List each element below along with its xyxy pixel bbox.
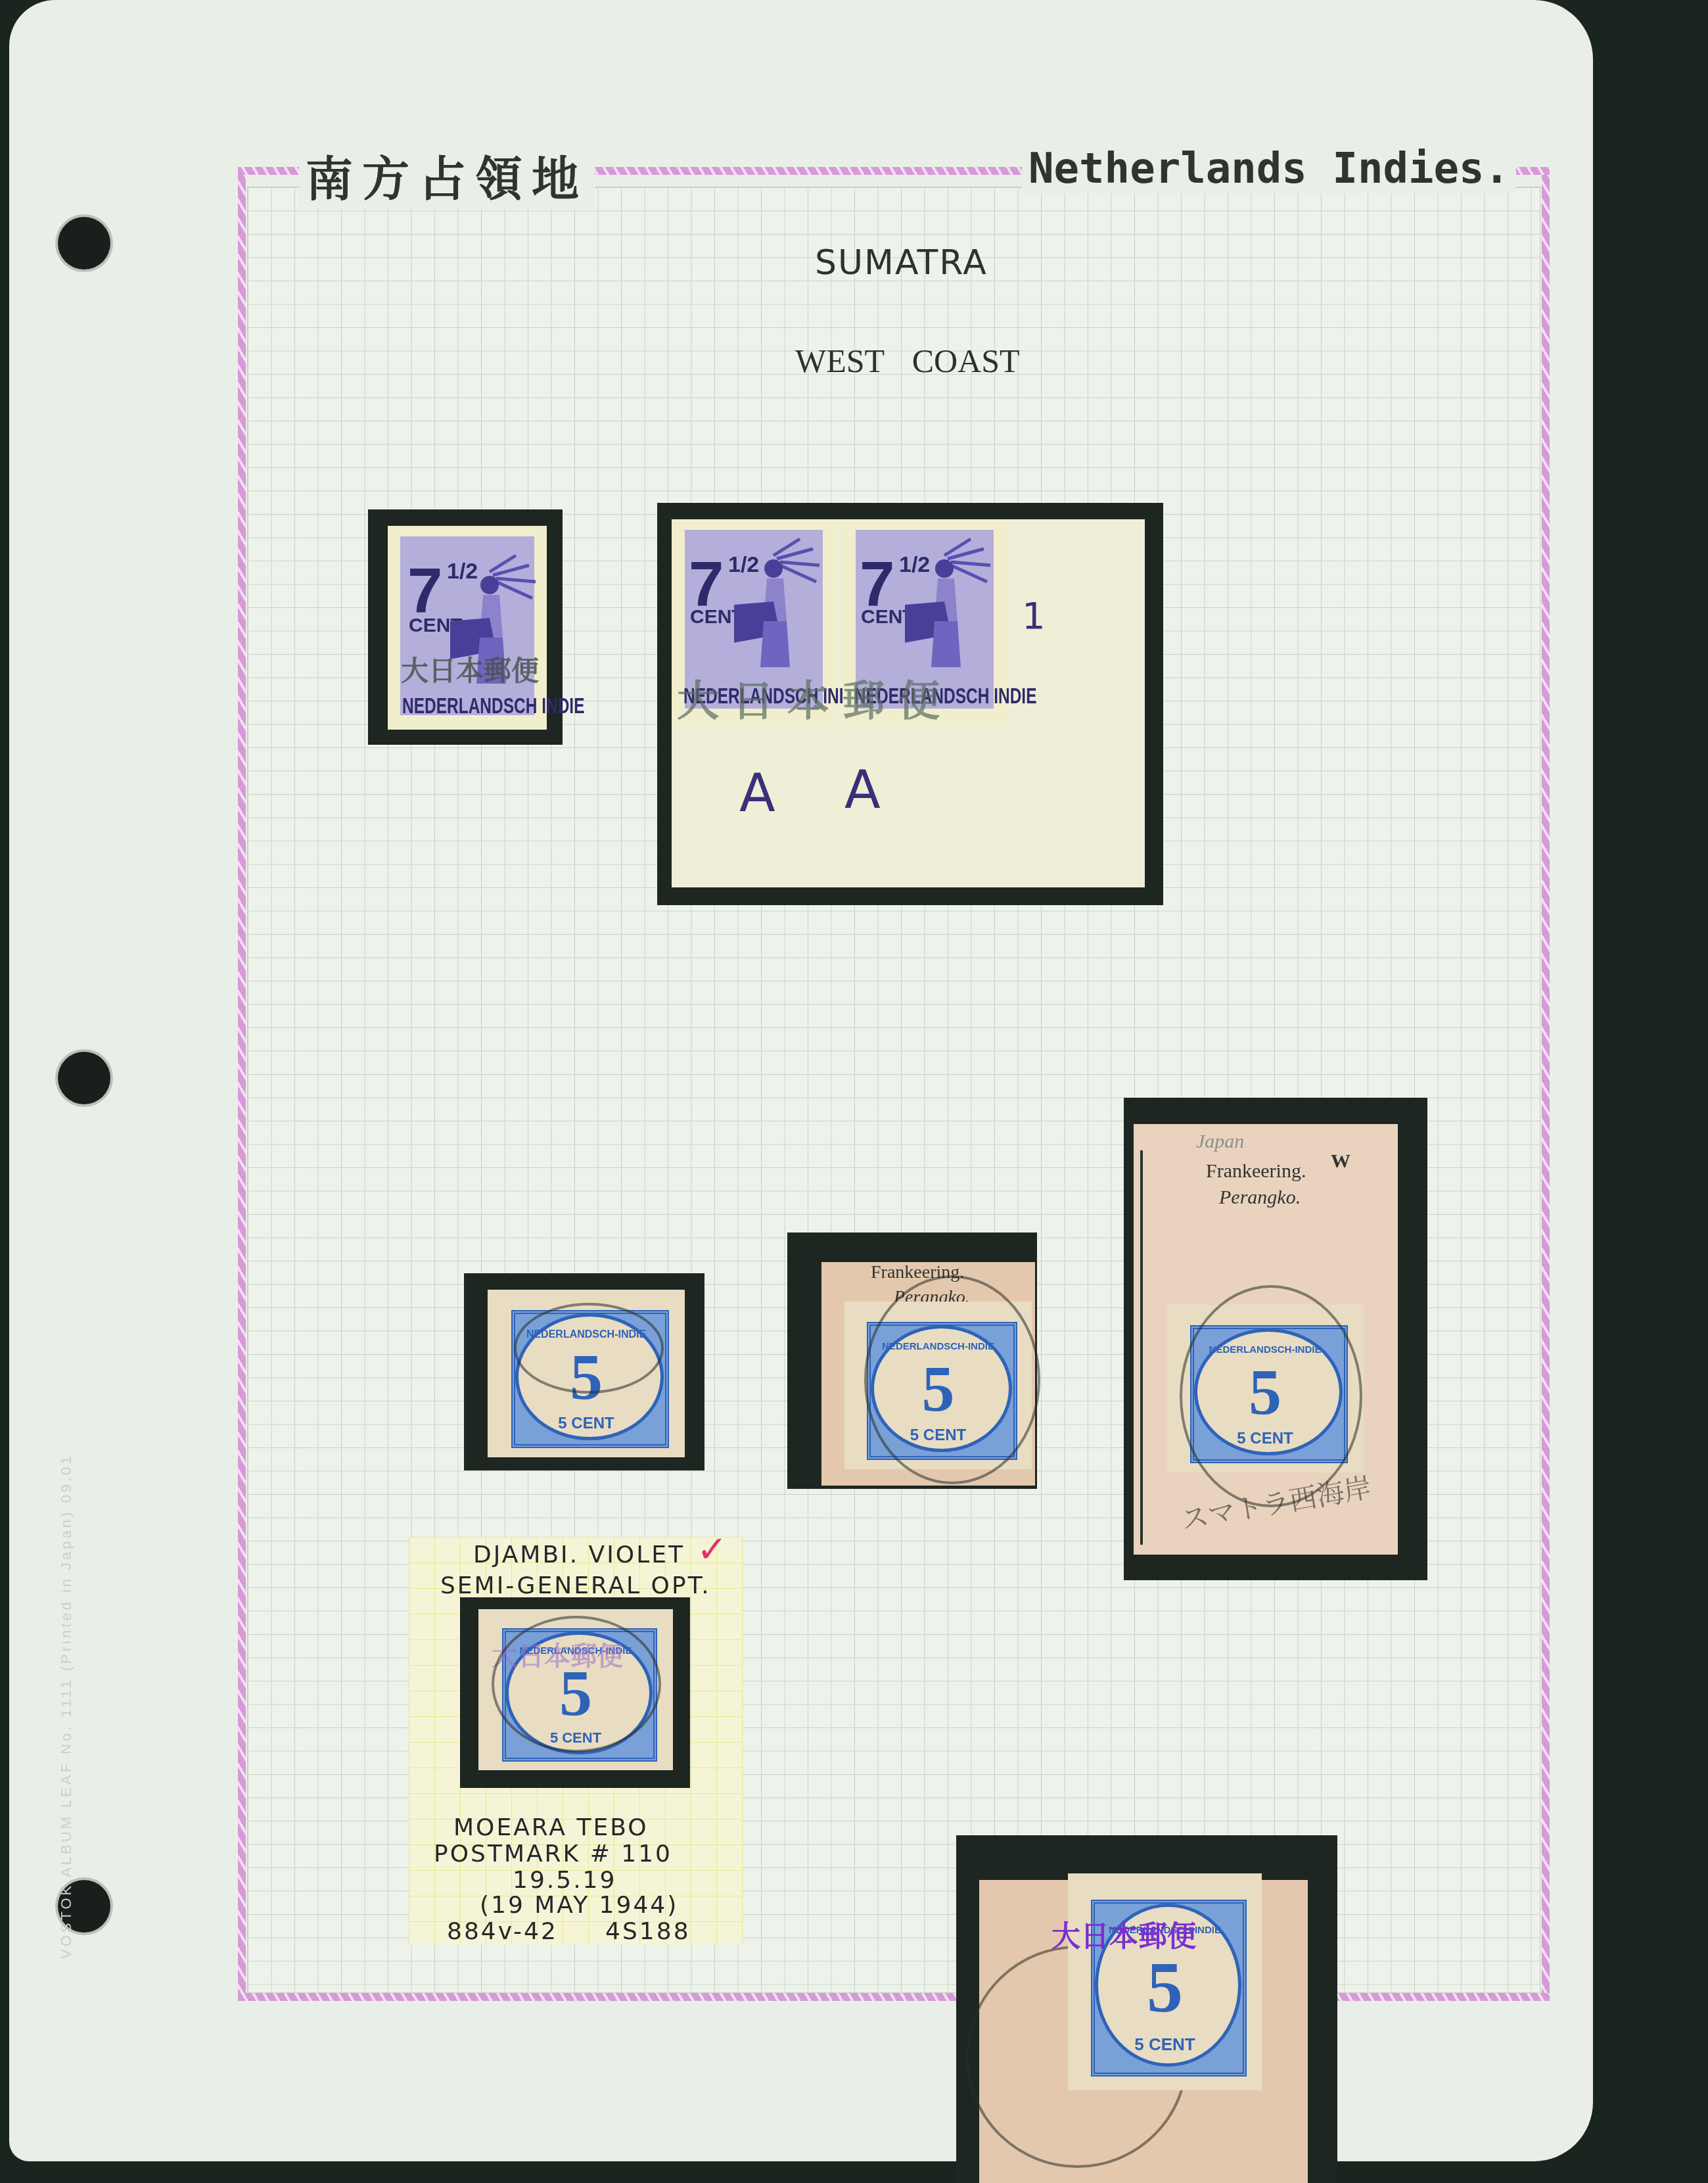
stamp-unit: 5 CENT <box>488 1415 685 1433</box>
postmark <box>864 1275 1040 1484</box>
stamp-value: 5 <box>1068 1946 1262 2029</box>
blue-stamp-bottom[interactable]: NEDERLANDSCH-INDIE 5 5 CENT <box>1068 1873 1262 2090</box>
border-left <box>238 167 246 2001</box>
postmark <box>514 1303 664 1394</box>
japanese-overprint: 大日本郵便 <box>401 649 539 689</box>
note-line-4: POSTMARK # 110 <box>434 1841 672 1867</box>
border-bottom <box>238 1993 1550 2001</box>
note-line-3: MOEARA TEBO <box>453 1814 649 1841</box>
subregion-heading: WEST COAST <box>795 342 1020 380</box>
binder-hole-top <box>58 217 110 270</box>
check-mark-icon: ✓ <box>697 1528 727 1571</box>
binder-hole-middle <box>58 1052 110 1104</box>
postmark <box>492 1616 661 1752</box>
region-heading: SUMATRA <box>815 243 988 283</box>
stamp-unit: 5 CENT <box>1068 2034 1262 2055</box>
note-line-6: (19 MAY 1944) <box>480 1892 678 1919</box>
dancer-icon <box>734 536 826 680</box>
pencil-note: Japan <box>1196 1131 1244 1153</box>
blue-stamp-single[interactable]: NEDERLANDSCH-INDIE 5 5 CENT <box>488 1290 685 1457</box>
header-japanese-title: 南方占領地 <box>299 141 595 209</box>
dancer-icon <box>905 536 997 680</box>
note-line-7: 884v-42 4S188 <box>447 1918 691 1945</box>
blue-stamp-on-large-piece[interactable]: NEDERLANDSCH-INDIE 5 5 CENT <box>1166 1305 1364 1472</box>
header-english-title: Netherlands Indies. <box>1022 145 1516 193</box>
violet-stamp-single[interactable]: 7 1/2 CENT 大日本郵便 NEDERLANDSCH INDIE <box>388 526 547 730</box>
plate-letter-left: A <box>739 763 775 824</box>
plate-letter-right: A <box>844 759 881 820</box>
stamp-country: NEDERLANDSCH INDIE <box>402 693 584 719</box>
japanese-overprint-pair: 大日本郵便 <box>677 667 953 728</box>
border-right <box>1542 167 1550 2001</box>
note-line-5: 19.5.19 <box>513 1867 616 1894</box>
rule-line <box>1140 1150 1143 1545</box>
print-frankeering: Frankeering. <box>1206 1160 1306 1183</box>
postmark <box>1180 1285 1362 1507</box>
album-imprint: VOSTOK ALBUM LEAF No. 1111 (Printed in J… <box>58 1453 75 1959</box>
note-line-1: DJAMBI. VIOLET <box>473 1541 685 1568</box>
note-line-2: SEMI-GENERAL OPT. <box>440 1572 711 1599</box>
blue-stamp-djambi[interactable]: NEDERLANDSCH-INDIE 5 5 CENT 大日本郵便 <box>478 1609 673 1770</box>
plate-number: 1 <box>1022 595 1046 638</box>
blue-stamp-on-piece[interactable]: NEDERLANDSCH-INDIE 5 5 CENT <box>844 1302 1032 1469</box>
violet-overprint-bottom: 大日本郵便 <box>1051 1913 1196 1955</box>
corner-letter: W <box>1331 1150 1350 1173</box>
print-perangko: Perangko. <box>1219 1186 1301 1209</box>
